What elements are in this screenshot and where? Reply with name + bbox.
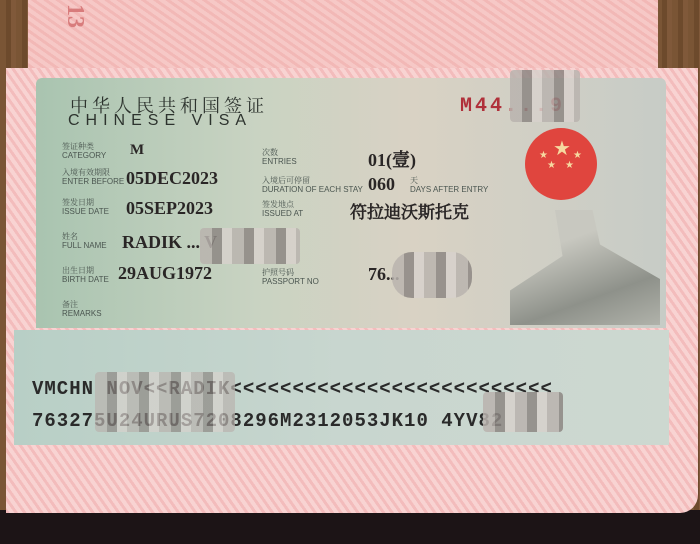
birth-date-value: 29AUG1972 <box>118 263 212 284</box>
redaction-blur <box>95 372 235 432</box>
dark-surface <box>0 510 700 544</box>
issued-at-label: 签发地点ISSUED AT <box>262 200 303 218</box>
redaction-blur <box>392 252 472 298</box>
duration-suffix: 天DAYS AFTER ENTRY <box>410 176 488 194</box>
issue-date-value: 05SEP2023 <box>126 198 213 219</box>
national-emblem-icon: ★ ★ ★ ★ ★ <box>525 128 597 200</box>
redaction-blur <box>510 70 580 122</box>
issued-at-value: 符拉迪沃斯托克 <box>350 198 469 223</box>
passport-top-page: 13 <box>28 0 658 75</box>
issue-date-label: 签发日期ISSUE DATE <box>62 198 109 216</box>
visa-title-en: CHINESE VISA <box>68 112 252 130</box>
enter-before-value: 05DEC2023 <box>126 168 218 189</box>
passport-no-label: 护照号码PASSPORT NO <box>262 268 319 286</box>
category-value: M <box>130 142 144 159</box>
entries-label: 次数ENTRIES <box>262 148 297 166</box>
duration-value: 060 <box>368 174 395 195</box>
enter-before-label: 入境有效期限ENTER BEFORE <box>62 168 124 186</box>
category-label: 签证种类CATEGORY <box>62 142 106 160</box>
remarks-label: 备注REMARKS <box>62 300 102 318</box>
redaction-blur <box>200 228 300 264</box>
full-name-label: 姓名FULL NAME <box>62 232 107 250</box>
birth-date-label: 出生日期BIRTH DATE <box>62 266 109 284</box>
redaction-blur <box>483 392 563 432</box>
duration-label: 入境后可停留DURATION OF EACH STAY <box>262 176 363 194</box>
page-number: 13 <box>61 4 88 28</box>
entries-value: 01(壹) <box>368 146 416 172</box>
